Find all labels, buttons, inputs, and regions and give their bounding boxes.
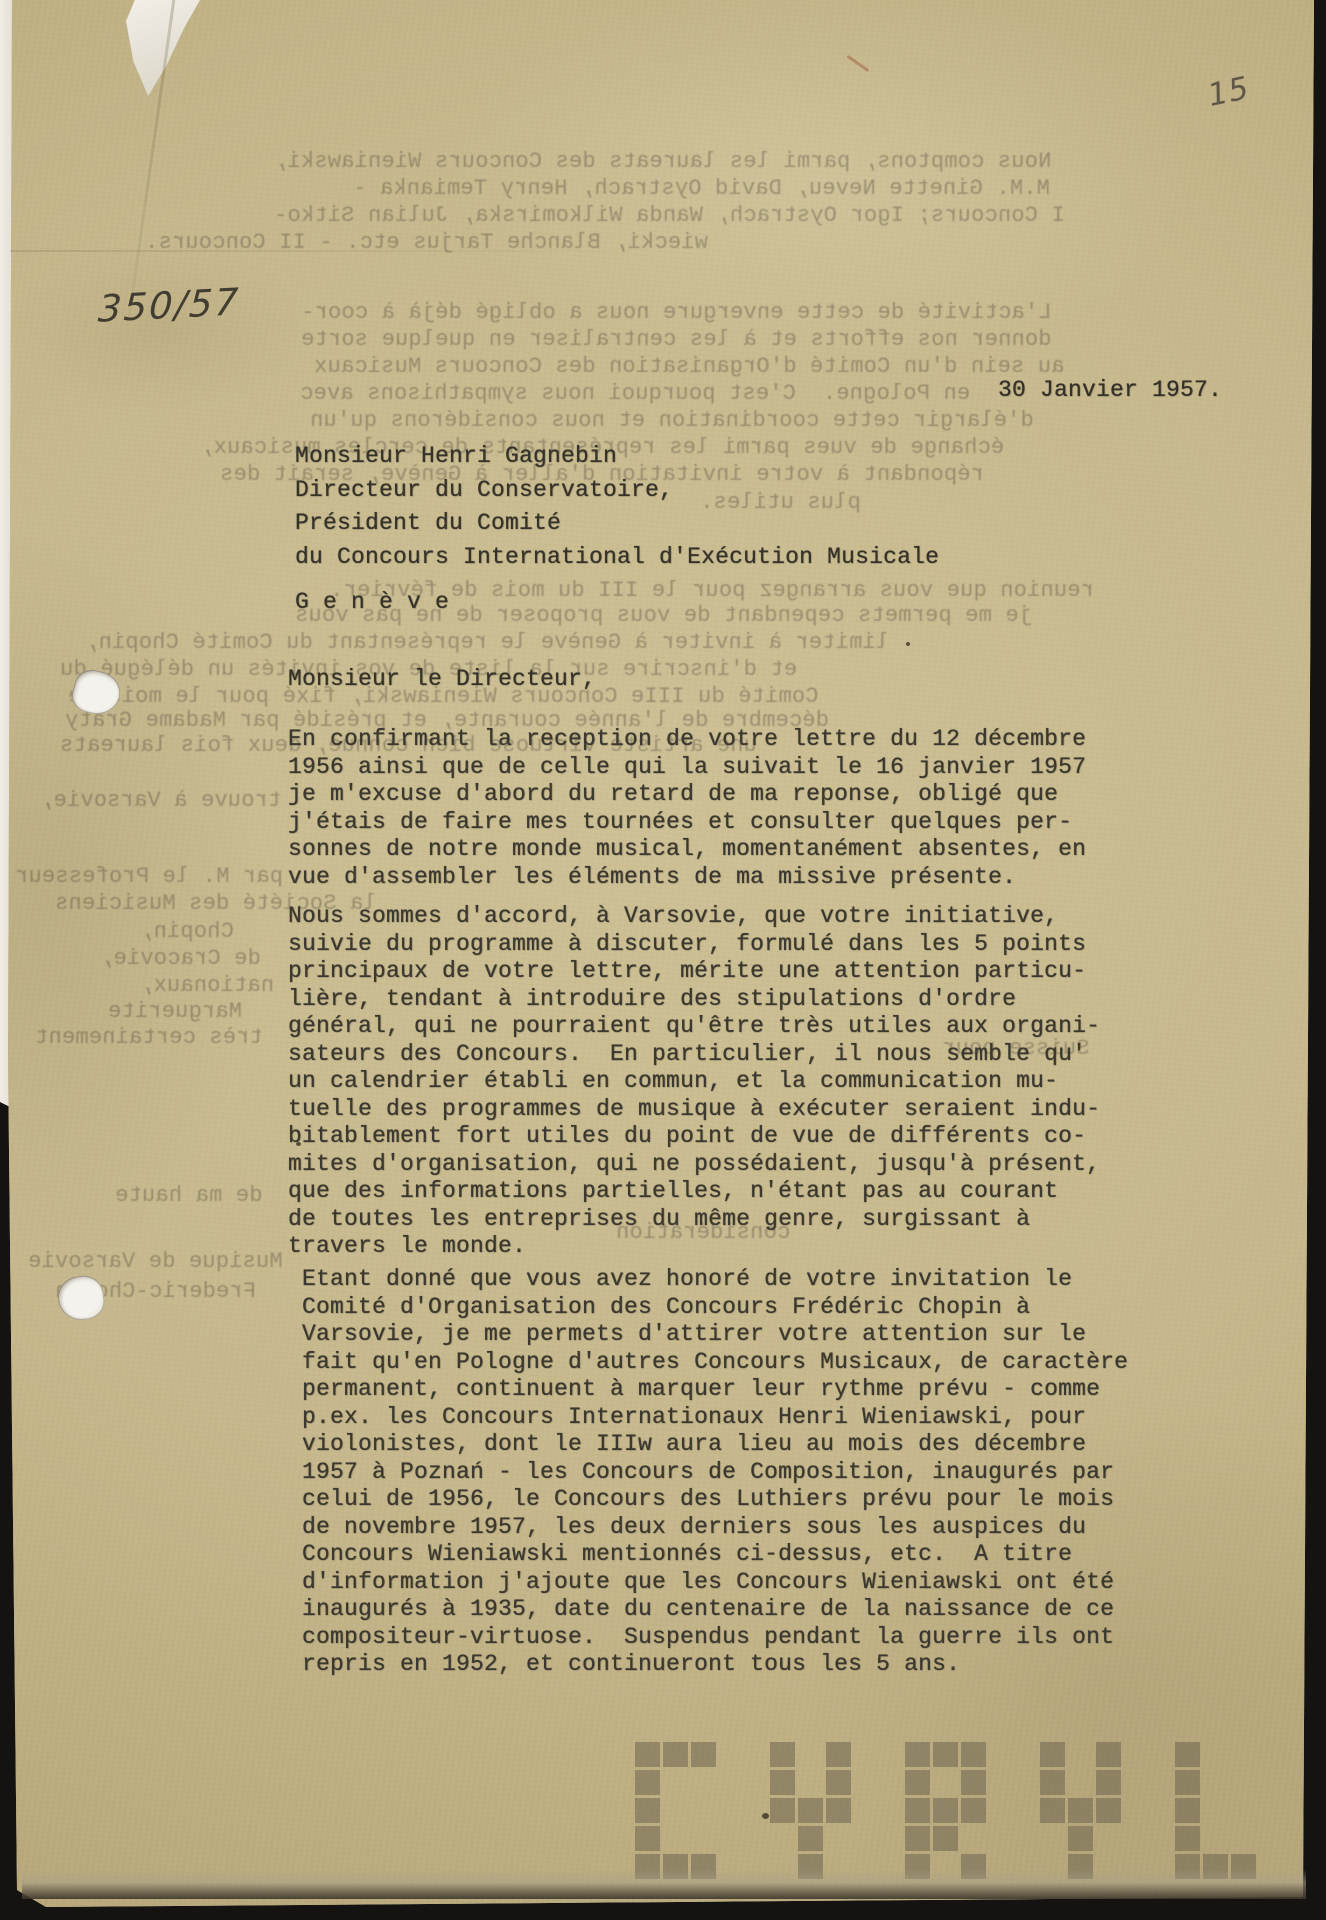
watermark-pixel-block (826, 1798, 851, 1823)
watermark-pixel-block (635, 1742, 660, 1767)
bleedthrough-text-fragment: par M. le Professeur (15, 864, 283, 890)
watermark-pixel-block (905, 1798, 930, 1823)
watermark-pixel-block (798, 1798, 823, 1823)
paragraph-3: Etant donné que vous avez honoré de votr… (302, 1266, 1128, 1679)
watermark-pixel-block (1040, 1798, 1065, 1823)
watermark-letter-c (635, 1742, 716, 1879)
watermark-letter-y (1040, 1742, 1121, 1879)
ink-speck (906, 642, 910, 646)
bleedthrough-text-fragment: L'activité de cette envergure nous a obl… (301, 300, 1052, 326)
bleedthrough-text-fragment: Nous comptons, parmi les laureats des Co… (274, 149, 1051, 175)
page-bottom-edge (22, 1869, 1306, 1899)
watermark-pixel-block (635, 1798, 660, 1823)
watermark-pixel-block (1175, 1826, 1200, 1851)
bleedthrough-text-fragment: limiter à inviter à Genève le représenta… (85, 630, 889, 656)
watermark-pixel-block (933, 1742, 958, 1767)
watermark-pixel-block (961, 1742, 986, 1767)
bleedthrough-text-fragment: Chopin, (140, 919, 234, 945)
watermark-pixel-block (905, 1770, 930, 1795)
bleedthrough-text-fragment: I Concours; Igor Oystrach, Wanda Wilkomi… (274, 203, 1065, 229)
bleedthrough-text-fragment: en Pologne. C'est pourquoi nous sympathi… (300, 381, 970, 407)
date-line: 30 Janvier 1957. (998, 377, 1222, 405)
bleedthrough-text-fragment: très certainement (35, 1025, 263, 1051)
watermark-pixel-block (691, 1742, 716, 1767)
bleedthrough-text-fragment: donner nos efforts et à les centraliser … (301, 327, 1052, 353)
recipient-city: G e n è v e (295, 589, 449, 617)
scanned-letter-photo: Nous comptons, parmi les laureats des Co… (0, 0, 1326, 1920)
watermark-pixel-block (826, 1742, 851, 1767)
watermark-pixel-block (1175, 1798, 1200, 1823)
bleedthrough-text-fragment: M.M. Ginette Neveu, David Oystrach, Henr… (353, 176, 1050, 202)
paragraph-1: En confirmant la reception de votre lett… (288, 726, 1086, 891)
paragraph-2: Nous sommes d'accord, à Varsovie, que vo… (288, 903, 1100, 1261)
watermark-pixel-block (663, 1742, 688, 1767)
watermark-pixel-block (1040, 1742, 1065, 1767)
watermark-pixel-block (933, 1826, 958, 1851)
watermark-pixel-block (770, 1742, 795, 1767)
watermark-pixel-block (961, 1770, 986, 1795)
watermark-letter-r (905, 1742, 986, 1879)
watermark-letter-y (770, 1742, 851, 1879)
watermark-pixel-block (798, 1826, 823, 1851)
bleedthrough-text-fragment: Musique de Varsovie (28, 1249, 283, 1275)
watermark-pixel-block (905, 1826, 930, 1851)
watermark-pixel-block (770, 1798, 795, 1823)
watermark-pixel-block (933, 1798, 958, 1823)
watermark-pixel-block (1096, 1770, 1121, 1795)
watermark-pixel-block (1040, 1770, 1065, 1795)
watermark-pixel-block (905, 1742, 930, 1767)
bleedthrough-text-fragment: Marguerite (108, 999, 242, 1025)
watermark-pixel-block (1068, 1826, 1093, 1851)
watermark-pixel-block (826, 1770, 851, 1795)
bleedthrough-text-fragment: au sein d'un Comité d'Organisation des C… (314, 354, 1065, 380)
watermark-pixel-block (961, 1798, 986, 1823)
watermark-pixel-block (770, 1770, 795, 1795)
handwritten-ref-number: 350/57 (97, 280, 241, 331)
watermark-pixel-block (635, 1770, 660, 1795)
bleedthrough-text-fragment: d'élargir cette coordination et nous con… (310, 408, 1034, 434)
watermark-pixel-block (1068, 1798, 1093, 1823)
cyryl-watermark (635, 1742, 1326, 1882)
watermark-pixel-block (1096, 1798, 1121, 1823)
watermark-pixel-block (1175, 1770, 1200, 1795)
bleedthrough-text-fragment: de ma haute (115, 1183, 262, 1209)
bleedthrough-text-fragment: wiecki, Blanche Tarjus etc. - II Concour… (145, 230, 708, 256)
salutation: Monsieur le Directeur, (288, 666, 596, 694)
watermark-pixel-block (1096, 1742, 1121, 1767)
bleedthrough-text-fragment: nationaux, (140, 973, 274, 999)
ink-speck (296, 1142, 301, 1146)
watermark-letter-l (1175, 1742, 1256, 1879)
bleedthrough-text-fragment: de Cracovie, (100, 946, 261, 972)
watermark-pixel-block (635, 1826, 660, 1851)
watermark-pixel-block (1175, 1742, 1200, 1767)
recipient-address: Monsieur Henri Gagnebin Directeur du Con… (295, 440, 939, 574)
bleedthrough-text-fragment: trouve à Varsovie, (40, 788, 281, 814)
